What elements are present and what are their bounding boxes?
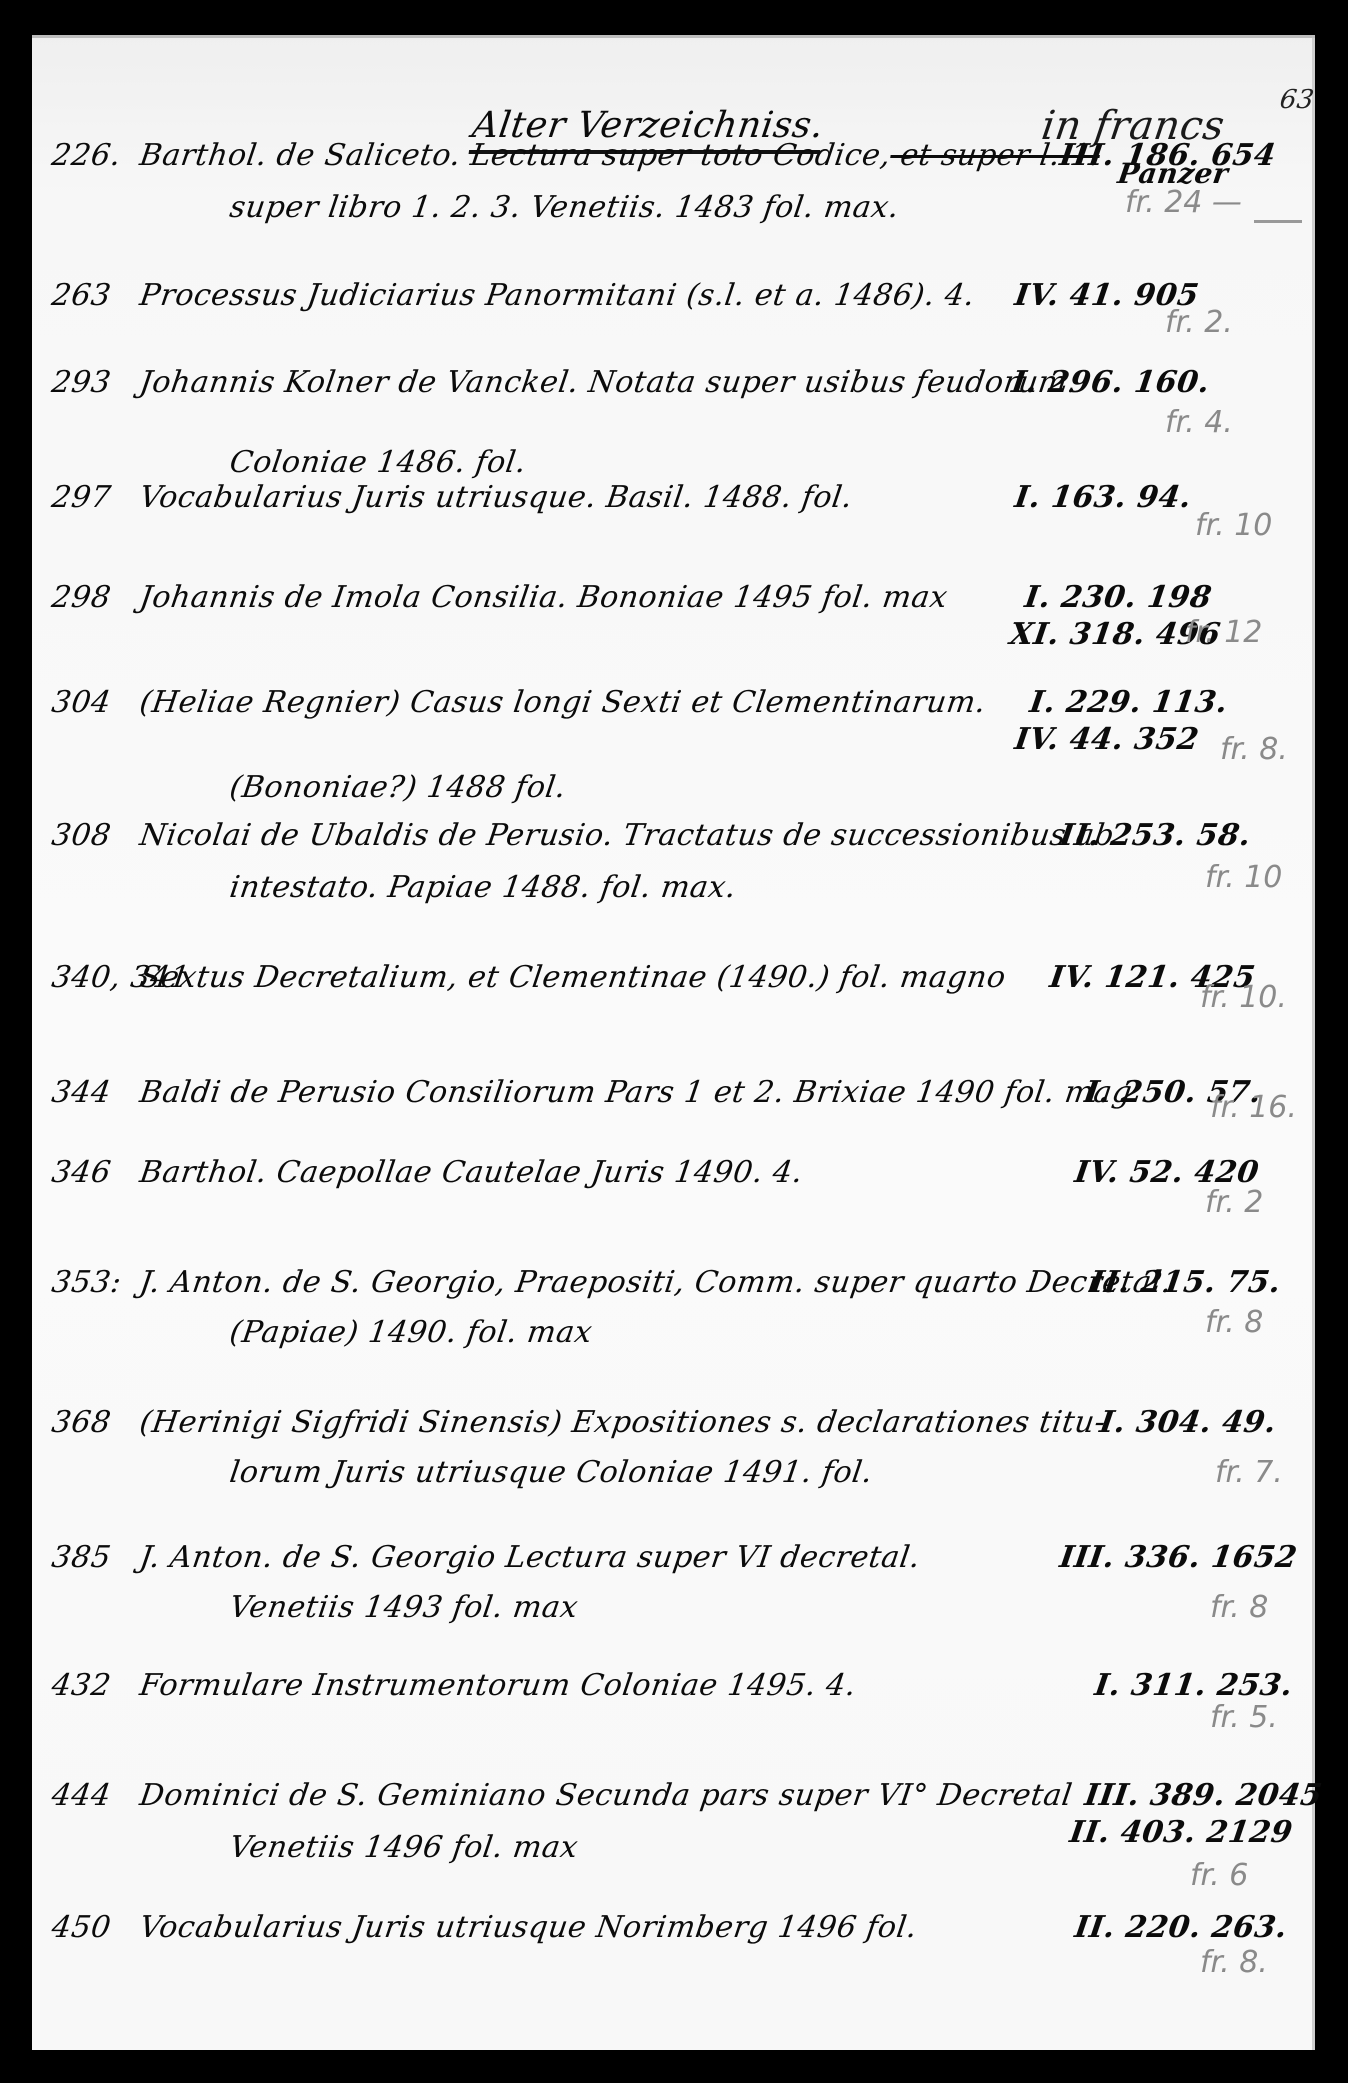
entry-title-line: Johannis de Imola Consilia. Bononiae 149… bbox=[138, 580, 950, 615]
panzer-reference: II. 220. 263. bbox=[1073, 1910, 1290, 1945]
panzer-reference-secondary: II. 403. 2129 bbox=[1068, 1815, 1295, 1850]
entry-imprint-line: intestato. Papiae 1488. fol. max. bbox=[228, 870, 739, 905]
page-number: 63 bbox=[1278, 85, 1316, 115]
entry-number: 344 bbox=[50, 1075, 114, 1110]
entry-title-line: Processus Judiciarius Panormitani (s.l. … bbox=[138, 278, 977, 313]
price-in-francs: fr. 2 bbox=[1205, 1185, 1263, 1220]
entry-imprint-line: Venetiis 1496 fol. max bbox=[228, 1830, 581, 1865]
entry-title-line: Barthol. Caepollae Cautelae Juris 1490. … bbox=[138, 1155, 806, 1190]
price-in-francs: fr. 10 bbox=[1205, 860, 1282, 895]
entry-title-line: Dominici de S. Geminiano Secunda pars su… bbox=[138, 1778, 1075, 1813]
price-in-francs: fr. 8. bbox=[1220, 732, 1288, 767]
panzer-reference: I. 163. 94. bbox=[1013, 480, 1194, 515]
price-in-francs: fr. 5. bbox=[1210, 1700, 1278, 1735]
panzer-reference: I. 311. 253. bbox=[1093, 1668, 1295, 1703]
panzer-reference: III. 389. 2045 bbox=[1083, 1778, 1325, 1813]
price-in-francs: fr. 10. bbox=[1200, 980, 1287, 1015]
entry-imprint-line: lorum Juris utriusque Coloniae 1491. fol… bbox=[228, 1455, 875, 1490]
entry-title-line: J. Anton. de S. Georgio, Praepositi, Com… bbox=[138, 1265, 1175, 1300]
entry-number: 226. bbox=[50, 138, 124, 173]
entry-number: 444 bbox=[50, 1778, 114, 1813]
price-in-francs: fr. 8. bbox=[1200, 1945, 1268, 1980]
price-in-francs: fr. 7. bbox=[1215, 1455, 1283, 1490]
panzer-reference: I. 304. 49. bbox=[1098, 1405, 1279, 1440]
price-in-francs: fr. 12 bbox=[1185, 615, 1262, 650]
entry-number: 368 bbox=[50, 1405, 114, 1440]
price-in-francs: fr. 24 — bbox=[1125, 185, 1242, 220]
entry-number: 450 bbox=[50, 1910, 114, 1945]
entry-number: 293 bbox=[50, 365, 114, 400]
entry-number: 346 bbox=[50, 1155, 114, 1190]
entry-title-line: J. Anton. de S. Georgio Lectura super VI… bbox=[138, 1540, 923, 1575]
entry-imprint-line: super libro 1. 2. 3. Venetiis. 1483 fol.… bbox=[228, 190, 902, 225]
price-in-francs: fr. 8 bbox=[1205, 1305, 1263, 1340]
entry-title-line: Sextus Decretalium, et Clementinae (1490… bbox=[138, 960, 1009, 995]
entry-number: 298 bbox=[50, 580, 114, 615]
entry-number: 308 bbox=[50, 818, 114, 853]
entry-number: 304 bbox=[50, 685, 114, 720]
price-in-francs: fr. 2. bbox=[1165, 305, 1233, 340]
entry-title-line: (Heliae Regnier) Casus longi Sexti et Cl… bbox=[138, 685, 989, 720]
entry-title-line: (Herinigi Sigfridi Sinensis) Expositione… bbox=[138, 1405, 1108, 1440]
panzer-reference: I. 296. 160. bbox=[1010, 365, 1212, 400]
entry-number: 297 bbox=[50, 480, 114, 515]
entry-imprint-line: Coloniae 1486. fol. bbox=[228, 445, 529, 480]
price-in-francs: fr. 6 bbox=[1190, 1858, 1248, 1893]
panzer-reference: II. 253. 58. bbox=[1058, 818, 1254, 853]
entry-title-line: Nicolai de Ubaldis de Perusio. Tractatus… bbox=[138, 818, 1117, 853]
price-in-francs: fr. 8 bbox=[1210, 1590, 1268, 1625]
entry-title-line: Formulare Instrumentorum Coloniae 1495. … bbox=[138, 1668, 859, 1703]
price-dash bbox=[1254, 220, 1302, 223]
entry-number: 263 bbox=[50, 278, 114, 313]
entry-imprint-line: (Bononiae?) 1488 fol. bbox=[228, 770, 569, 805]
price-in-francs: fr. 4. bbox=[1165, 405, 1233, 440]
panzer-reference: III. 186. 654 bbox=[1058, 138, 1279, 173]
entry-number: 385 bbox=[50, 1540, 114, 1575]
panzer-reference: II. 215. 75. bbox=[1088, 1265, 1284, 1300]
panzer-reference: I. 229. 113. bbox=[1028, 685, 1230, 720]
entry-title-line: Vocabularius Juris utriusque. Basil. 148… bbox=[138, 480, 855, 515]
manuscript-page: 63 Alter Verzeichniss. in francs Panzer … bbox=[32, 35, 1315, 2050]
entry-title-line: Barthol. de Saliceto. Lectura super toto… bbox=[138, 138, 1103, 173]
entry-imprint-line: Venetiis 1493 fol. max bbox=[228, 1590, 581, 1625]
entry-imprint-line: (Papiae) 1490. fol. max bbox=[228, 1315, 595, 1350]
price-in-francs: fr. 16. bbox=[1210, 1090, 1297, 1125]
entry-title-line: Johannis Kolner de Vanckel. Notata super… bbox=[138, 365, 1080, 400]
panzer-reference: I. 230. 198 bbox=[1023, 580, 1214, 615]
price-in-francs: fr. 10 bbox=[1195, 508, 1272, 543]
entry-number: 432 bbox=[50, 1668, 114, 1703]
panzer-reference: III. 336. 1652 bbox=[1058, 1540, 1300, 1575]
entry-title-line: Vocabularius Juris utriusque Norimberg 1… bbox=[138, 1910, 920, 1945]
panzer-reference-secondary: IV. 44. 352 bbox=[1013, 722, 1202, 757]
entry-number: 353: bbox=[50, 1265, 124, 1300]
entry-title-line: Baldi de Perusio Consiliorum Pars 1 et 2… bbox=[138, 1075, 1135, 1110]
